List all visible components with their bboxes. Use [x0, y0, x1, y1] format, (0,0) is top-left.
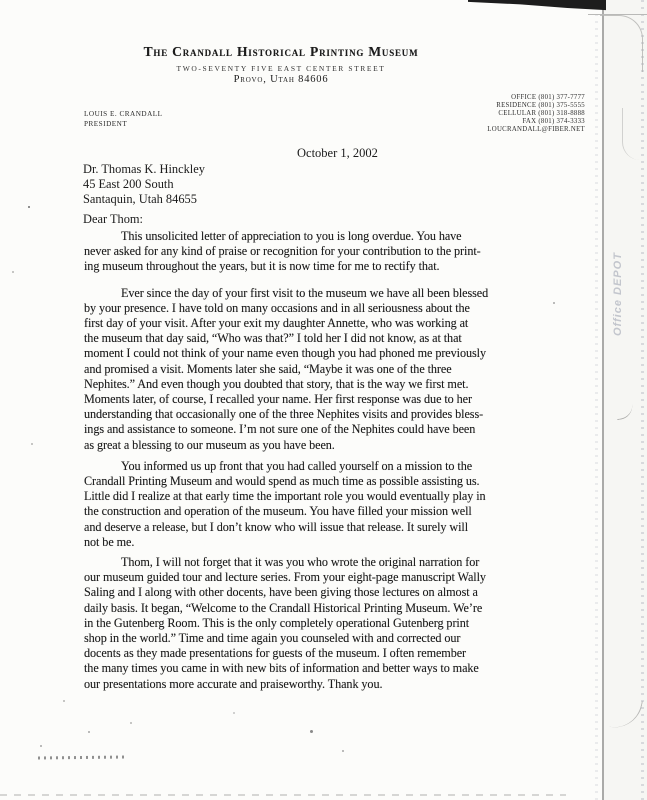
letter-line: the construction and operation of the mu…	[84, 504, 562, 519]
letter-line: by your presence. I have told on many oc…	[84, 301, 562, 316]
page-edge-line	[602, 0, 604, 800]
scanned-letter-page: The Crandall Historical Printing Museum …	[0, 0, 647, 800]
scan-speck	[342, 750, 344, 752]
recipient-line: Dr. Thomas K. Hinckley	[83, 162, 205, 177]
letter-line: This unsolicited letter of appreciation …	[84, 229, 562, 244]
salutation: Dear Thom:	[83, 212, 143, 227]
letter-body: This unsolicited letter of appreciation …	[84, 229, 562, 697]
recipient-line: 45 East 200 South	[83, 177, 205, 192]
contact-line: OFFICE (801) 377-7777	[0, 94, 585, 102]
letter-line: Nephites.” And even though you doubted t…	[84, 377, 562, 392]
city-state-zip-line: Provo, Utah 84606	[0, 74, 562, 85]
street-address-line: TWO-SEVENTY FIVE EAST CENTER STREET	[0, 64, 562, 73]
letter-line: Thom, I will not forget that it was you …	[84, 555, 562, 570]
letter-line: Saling and I along with other docents, h…	[84, 585, 562, 600]
letter-line: our museum guided tour and lecture serie…	[84, 570, 562, 585]
letter-line: the museum that day said, “Who was that?…	[84, 331, 562, 346]
perforation-ticks-inner	[595, 0, 598, 800]
paragraph: This unsolicited letter of appreciation …	[84, 229, 562, 275]
scan-smudge	[38, 756, 126, 760]
binder-curve	[600, 15, 643, 72]
scan-speck	[28, 206, 30, 208]
binder-curve	[622, 108, 645, 160]
contact-line: RESIDENCE (801) 375-5555	[0, 102, 585, 110]
letter-line: ing museum throughout the years, but it …	[84, 259, 562, 274]
letter-line: never asked for any kind of praise or re…	[84, 244, 562, 259]
scan-speck	[63, 700, 65, 702]
scan-speck	[310, 730, 313, 733]
letter-line: Moments later, of course, I recalled you…	[84, 392, 562, 407]
letter-line: our presentations more accurate and prai…	[84, 677, 562, 692]
date-line: October 1, 2002	[297, 146, 378, 161]
paragraph: Ever since the day of your first visit t…	[84, 286, 562, 453]
letter-line: Ever since the day of your first visit t…	[84, 286, 562, 301]
letterhead: The Crandall Historical Printing Museum …	[0, 44, 562, 85]
scan-speck	[88, 731, 90, 733]
letter-line: ings and assistance to someone. I’m not …	[84, 422, 562, 437]
letter-line: in the Gutenberg Room. This is the only …	[84, 616, 562, 631]
scan-speck	[130, 722, 132, 724]
museum-title: The Crandall Historical Printing Museum	[0, 44, 562, 60]
letter-line: Little did I realize at that early time …	[84, 489, 562, 504]
letter-line: and promised a visit. Moments later she …	[84, 362, 562, 377]
letter-line: understanding that occasionally one of t…	[84, 407, 562, 422]
scan-speck	[12, 271, 14, 273]
sender-block: LOUIS E. CRANDALL PRESIDENT	[84, 110, 163, 129]
letter-line: the many times you came in with new bits…	[84, 661, 562, 676]
office-depot-watermark: Office DEPOT	[612, 224, 624, 336]
letter-line: as great a blessing to our museum as you…	[84, 438, 562, 453]
letter-line: first day of your visit. After your exit…	[84, 316, 562, 331]
recipient-line: Santaquin, Utah 84655	[83, 192, 205, 207]
recipient-block: Dr. Thomas K. Hinckley45 East 200 SouthS…	[83, 162, 205, 207]
letter-line: Crandall Printing Museum and would spend…	[84, 474, 562, 489]
letter-line: shop in the world.” Time and time again …	[84, 631, 562, 646]
letter-line: You informed us up front that you had ca…	[84, 459, 562, 474]
scan-speck	[553, 302, 555, 304]
scan-speck	[40, 745, 42, 747]
paragraph: You informed us up front that you had ca…	[84, 459, 562, 550]
sender-title: PRESIDENT	[84, 120, 163, 130]
paragraph: Thom, I will not forget that it was you …	[84, 555, 562, 692]
letter-line: moment I could not think of your name ev…	[84, 346, 562, 361]
letter-line: and deserve a release, but I don’t know …	[84, 520, 562, 535]
sender-name: LOUIS E. CRANDALL	[84, 110, 163, 120]
bottom-dashed-line	[0, 794, 566, 796]
scan-speck	[31, 443, 33, 445]
letter-line: not be me.	[84, 535, 562, 550]
scanner-artifact-top-right	[468, 0, 606, 13]
letter-line: daily basis. It began, “Welcome to the C…	[84, 601, 562, 616]
letter-line: docents as they made presentations for g…	[84, 646, 562, 661]
scan-speck	[233, 712, 235, 714]
